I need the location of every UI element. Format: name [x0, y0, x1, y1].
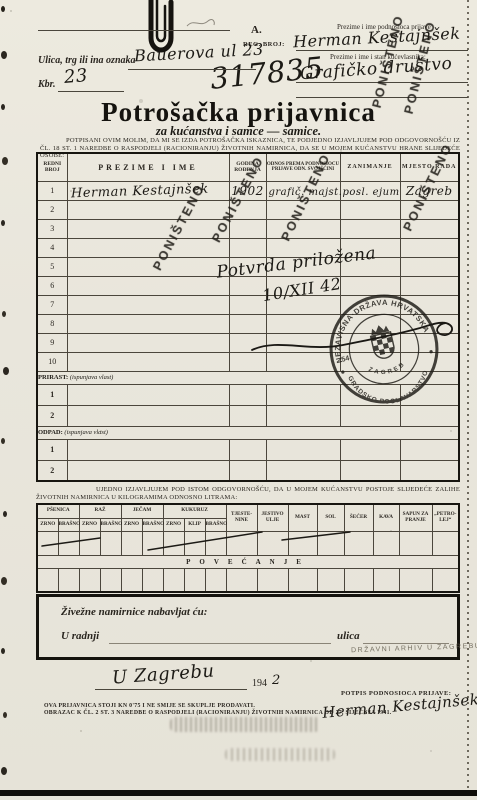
- table-row: 3: [37, 219, 459, 238]
- group-header-kukuruz: KUKURUZ: [163, 504, 226, 518]
- kbr-label: Kbr.: [38, 79, 56, 90]
- place-handwritten: U Zagrebu: [111, 660, 215, 688]
- scan-bottom-edge: [0, 790, 477, 796]
- smudged-stamp: [170, 717, 320, 732]
- supplies-paragraph: UJEDNO IZJAVLJUJEM POD ISTOM ODGOVORNOŠĆ…: [36, 486, 460, 501]
- shop-line1: Živežne namirnice nabavljat ću:: [61, 606, 207, 618]
- scanned-form-page: A. REG. BROJ: 317835 Prezime i ime podno…: [0, 0, 477, 800]
- archive-stamp: DRŽAVNI ARHIV U ZAGREBU: [351, 643, 477, 655]
- smudged-stamp: [225, 748, 335, 761]
- row1-occupation-handwritten: posl. ejum: [341, 187, 400, 198]
- table-row: 2: [37, 200, 459, 219]
- odpad-section-label: ODPAD: (ispunjava vlast): [37, 426, 459, 439]
- shop-radnja-line: [109, 643, 331, 644]
- faint-mark: [186, 16, 216, 32]
- section-a-label: A.: [251, 24, 262, 36]
- shop-ulica-label: ulica: [337, 630, 360, 642]
- group-header-raz: RAŽ: [79, 504, 121, 518]
- shop-declaration-box: Živežne namirnice nabavljat ću: U radnji…: [36, 594, 460, 660]
- footer-line1: OVA PRIJAVNICA STOJI KN 0'75 I NE SMIJE …: [44, 703, 255, 709]
- group-header-psenica: PŠENICA: [37, 504, 79, 518]
- street-underline: [128, 69, 256, 70]
- odpad-row: 2: [37, 460, 459, 481]
- kbr-value-handwritten: 23: [63, 65, 89, 88]
- place-underline: [95, 689, 247, 690]
- prirast-row: 2: [37, 405, 459, 426]
- handwritten-dashes: [36, 524, 460, 564]
- col-header-redni-broj: REDNI BROJ: [37, 153, 67, 181]
- scan-edge-specks: [1, 6, 5, 12]
- shop-radnja-label: U radnji: [61, 630, 99, 642]
- year-handwritten: 2: [272, 673, 281, 688]
- odpad-row: 1: [37, 439, 459, 460]
- col-header-zanimanje: ZANIMANJE: [340, 153, 400, 181]
- kbr-underline: [58, 91, 124, 92]
- supplies-entry-row: [37, 568, 459, 592]
- applicant-underline: [296, 50, 468, 51]
- table-row: 4: [37, 238, 459, 257]
- group-header-jecam: JEČAM: [121, 504, 163, 518]
- official-signature-squiggle: [248, 312, 466, 362]
- paper-noise: [10, 10, 12, 12]
- year-printed: 194: [252, 678, 267, 689]
- footer-line2: OBRAZAC K ČL. 2 ST. 3 NAREDBE O RASPODJE…: [44, 710, 392, 716]
